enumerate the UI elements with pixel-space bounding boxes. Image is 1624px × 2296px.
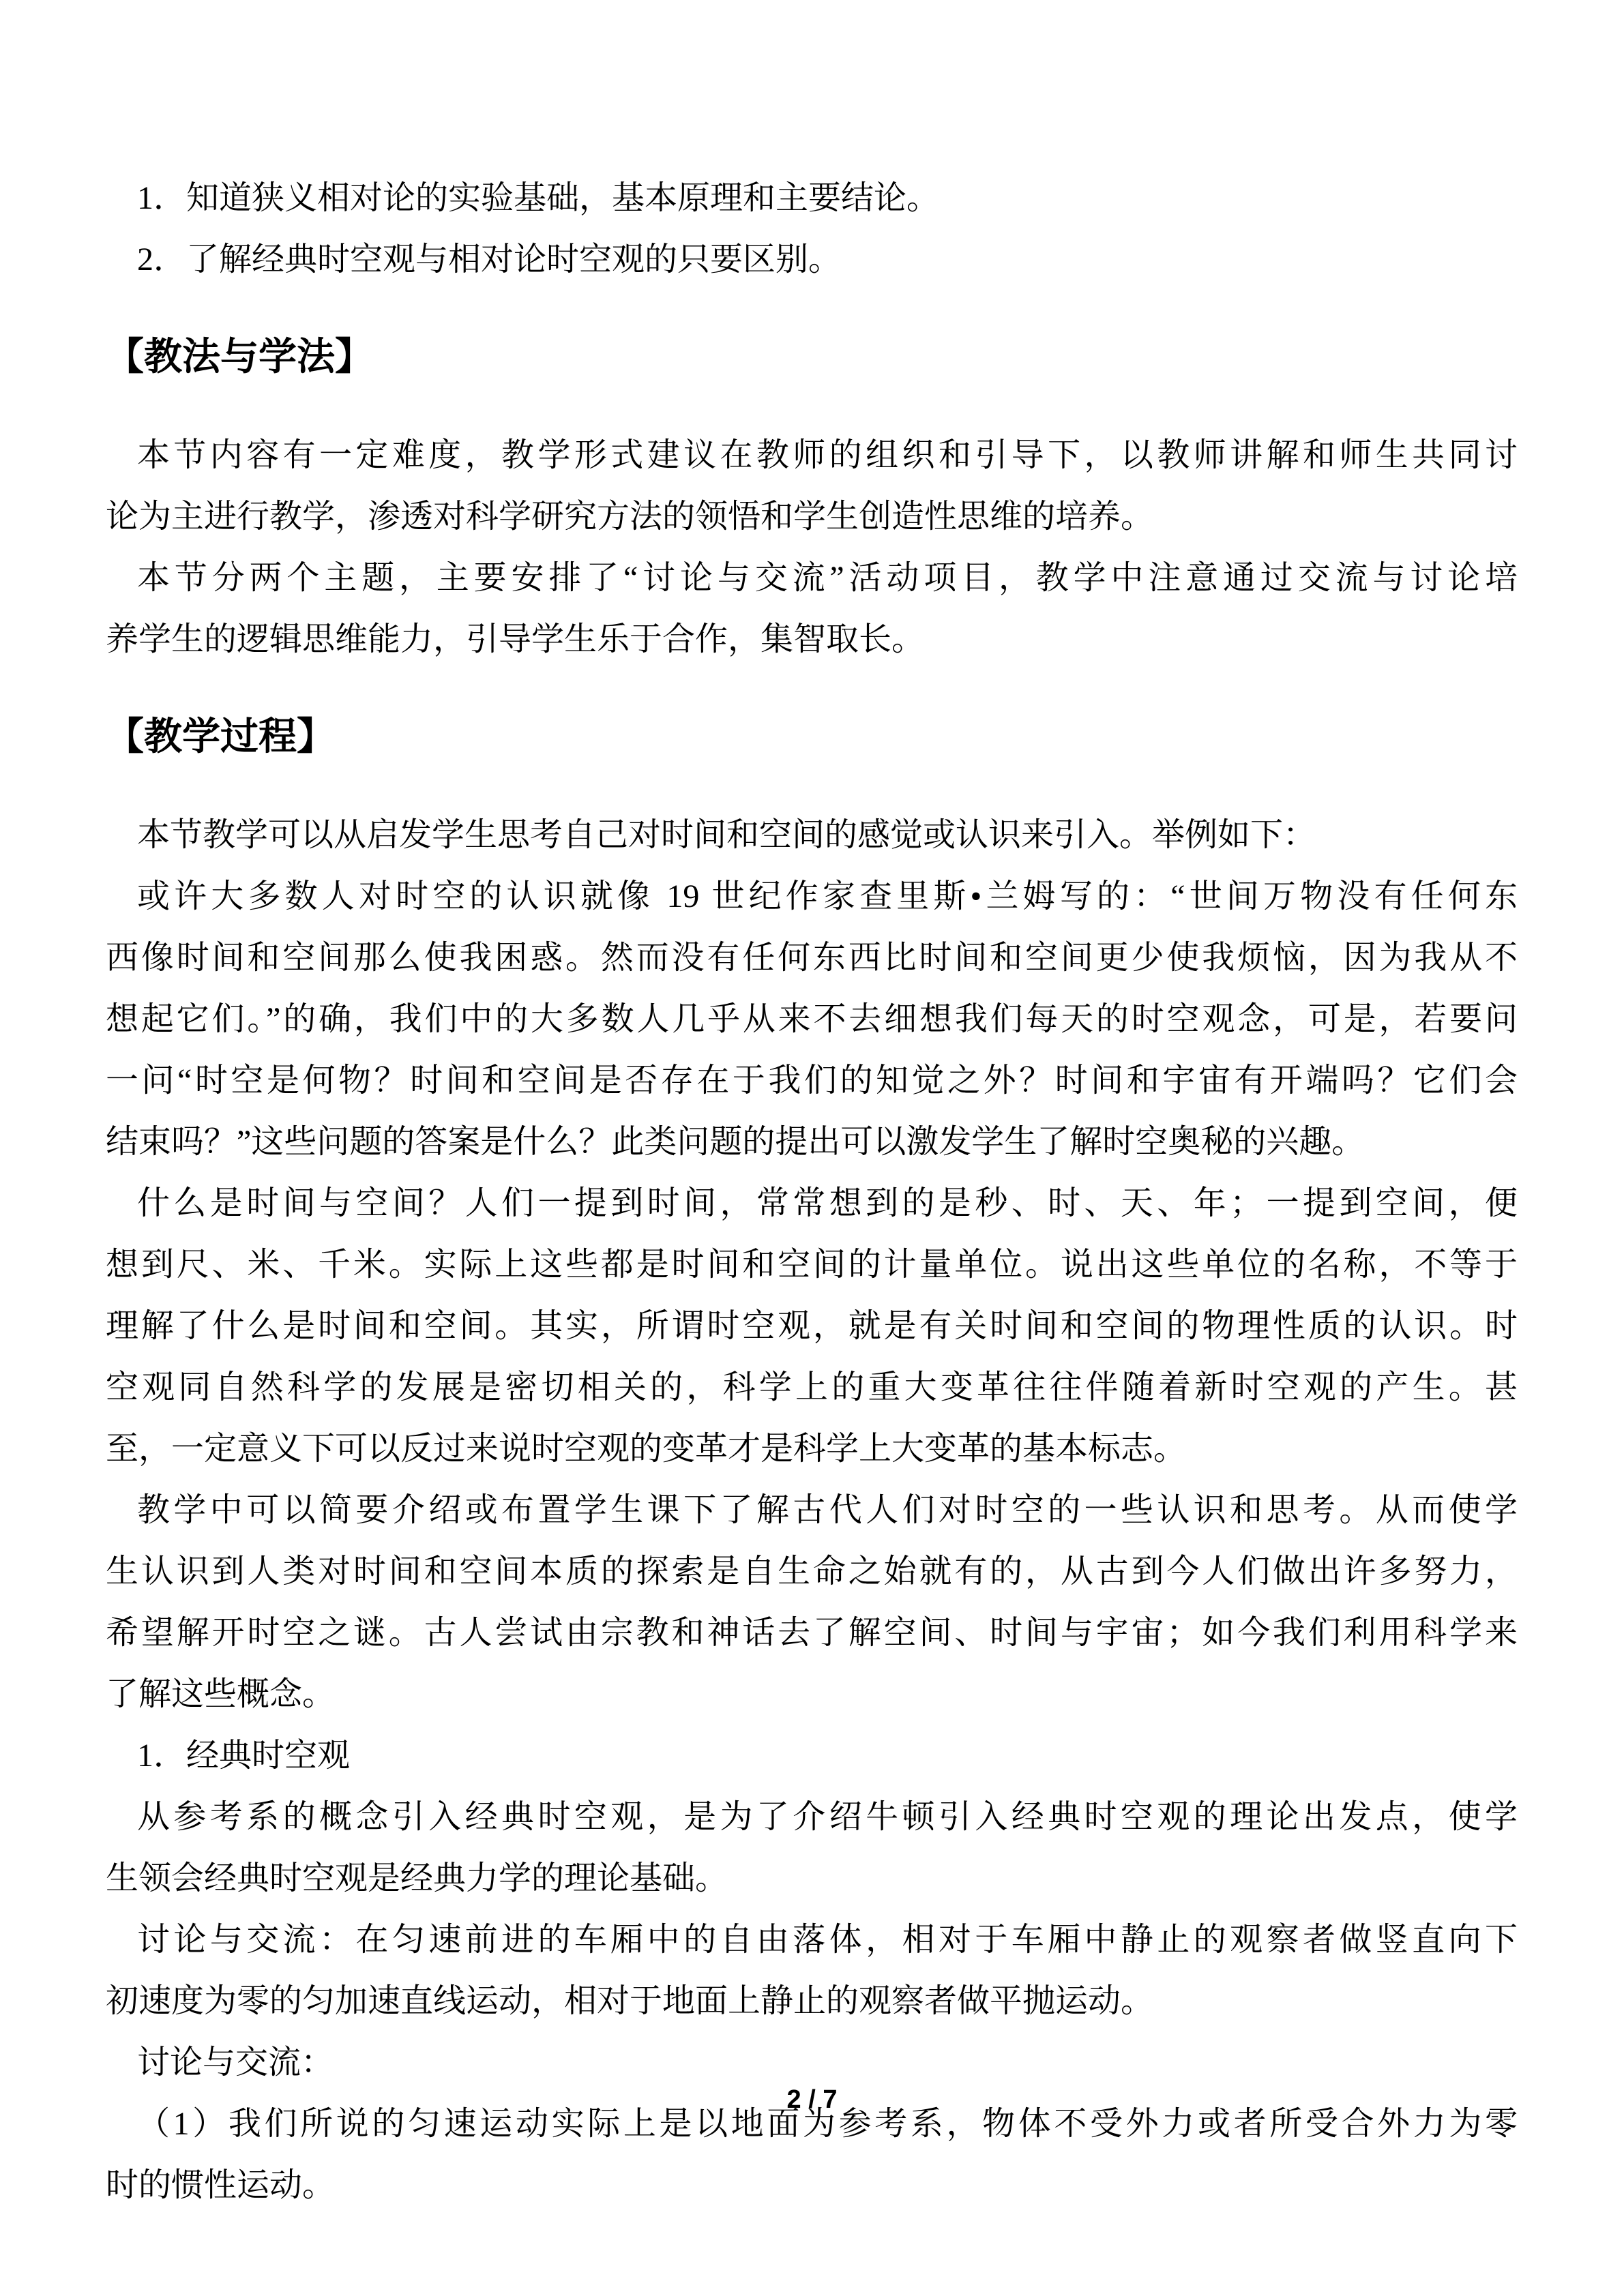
text-line: 空观同自然科学的发展是密切相关的，科学上的重大变革往往伴随着新时空观的产生。甚: [106, 1357, 1518, 1418]
text-line: 什么是时间与空间？人们一提到时间，常常想到的是秒、时、天、年；一提到空间，便: [106, 1173, 1518, 1234]
text-line: 理解了什么是时间和空间。其实，所谓时空观，就是有关时间和空间的物理性质的认识。时: [106, 1296, 1518, 1357]
text-line: 论为主进行教学，渗透对科学研究方法的领悟和学生创造性思维的培养。: [106, 486, 1518, 548]
text-line: 结束吗？”这些问题的答案是什么？此类问题的提出可以激发学生了解时空奥秘的兴趣。: [106, 1112, 1518, 1173]
text-line: 初速度为零的匀加速直线运动，相对于地面上静止的观察者做平抛运动。: [106, 1971, 1518, 2032]
text-line: 了解这些概念。: [106, 1664, 1518, 1725]
text-line: 本节分两个主题，主要安排了“讨论与交流”活动项目，教学中注意通过交流与讨论培: [106, 548, 1518, 609]
text-line: 教学中可以简要介绍或布置学生课下了解古代人们对时空的一些认识和思考。从而使学: [106, 1480, 1518, 1541]
page-number: 2 / 7: [0, 2085, 1624, 2115]
text-line: 想起它们。”的确，我们中的大多数人几乎从来不去细想我们每天的时空观念，可是，若要…: [106, 989, 1518, 1050]
text-line: 或许大多数人对时空的认识就像 19 世纪作家查里斯•兰姆写的：“世间万物没有任何…: [106, 866, 1518, 927]
text-line: 一问“时空是何物？时间和空间是否存在于我们的知觉之外？时间和宇宙有开端吗？它们会: [106, 1050, 1518, 1112]
section-heading-teaching-process: 【教学过程】: [106, 702, 1518, 773]
section-heading-teaching-methods: 【教法与学法】: [106, 322, 1518, 393]
text-line: 本节教学可以从启发学生思考自己对时间和空间的感觉或认识来引入。举例如下：: [106, 805, 1518, 866]
text-line: 生认识到人类对时间和空间本质的探索是自生命之始就有的，从古到今人们做出许多努力，: [106, 1541, 1518, 1602]
text-line: 本节内容有一定难度，教学形式建议在教师的组织和引导下，以教师讲解和师生共同讨: [106, 425, 1518, 486]
text-line: 讨论与交流：在匀速前进的车厢中的自由落体，相对于车厢中静止的观察者做竖直向下: [106, 1909, 1518, 1971]
text-line: 时的惯性运动。: [106, 2155, 1518, 2216]
text-line: 养学生的逻辑思维能力，引导学生乐于合作，集智取长。: [106, 609, 1518, 670]
text-line: 从参考系的概念引入经典时空观，是为了介绍牛顿引入经典时空观的理论出发点，使学: [106, 1787, 1518, 1848]
objective-item: 2．了解经典时空观与相对论时空观的只要区别。: [106, 229, 1518, 290]
objective-item: 1．知道狭义相对论的实验基础，基本原理和主要结论。: [106, 168, 1518, 229]
text-line: 想到尺、米、千米。实际上这些都是时间和空间的计量单位。说出这些单位的名称，不等于: [106, 1234, 1518, 1296]
text-line: 西像时间和空间那么使我困惑。然而没有任何东西比时间和空间更少使我烦恼，因为我从不: [106, 927, 1518, 989]
discussion-label: 讨论与交流：: [106, 2032, 1518, 2093]
text-line: 希望解开时空之谜。古人尝试由宗教和神话去了解空间、时间与宇宙；如今我们利用科学来: [106, 1602, 1518, 1664]
document-body: 1．知道狭义相对论的实验基础，基本原理和主要结论。 2．了解经典时空观与相对论时…: [106, 168, 1518, 2216]
document-page: { "colors": { "text": "#000000", "backgr…: [0, 0, 1624, 2296]
text-line: 生领会经典时空观是经典力学的理论基础。: [106, 1848, 1518, 1909]
subsection-title-classical-spacetime: 1．经典时空观: [106, 1725, 1518, 1787]
text-line: 至，一定意义下可以反过来说时空观的变革才是科学上大变革的基本标志。: [106, 1418, 1518, 1480]
